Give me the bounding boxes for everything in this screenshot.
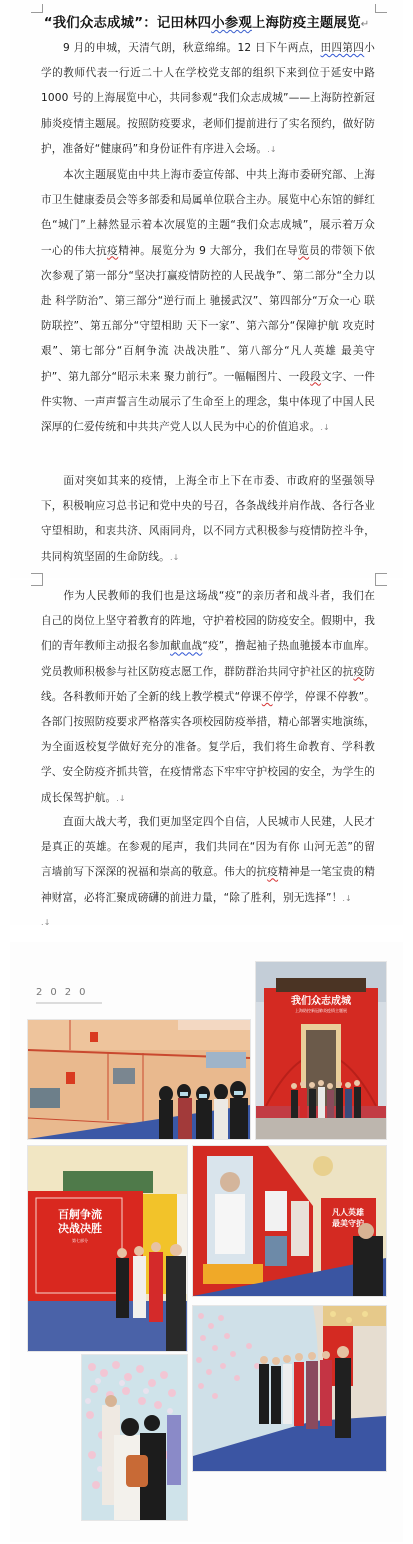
photo-message-wall-group[interactable] [192, 1305, 387, 1472]
paragraph-mark: .↓ [41, 918, 51, 927]
photo-image [193, 1306, 386, 1471]
paragraph-3[interactable]: 面对突如其来的疫情，上海全市上下在市委、市政府的坚强领导下，积极响应习总书记和党… [41, 469, 375, 570]
spelling-flag[interactable]: 段 [310, 371, 321, 383]
paragraph-1[interactable]: 9 月的申城，天清气朗，秋意绵绵。12 日下午两点，田四第四小学的教师代表一行近… [41, 36, 375, 162]
title-part-1: “我们众志成城”：记田林四 [44, 16, 212, 31]
board-subtitle: 第七部分 [72, 1237, 88, 1243]
spelling-flag[interactable]: 览 [298, 245, 309, 257]
paragraph-mark: .↓ [320, 423, 330, 432]
photo-doctor-portrait-wall[interactable]: 凡人英雄 最美守护 [192, 1145, 387, 1297]
title-part-2-flagged[interactable]: 小参观 [211, 16, 252, 31]
photo-image: 百舸争流 决战决胜 第七部分 [28, 1146, 187, 1351]
empty-paragraph[interactable]: .↓ [41, 910, 375, 935]
photo-message-wall-writing[interactable] [81, 1354, 188, 1521]
year-label: 2020 [36, 987, 93, 998]
p2-text-c: 员的带领下依次参观了第一部分“坚决打赢疫情防控的人民战争”、第二部分“全力以赴 … [41, 245, 375, 383]
board-title-line-2: 决战决胜 [58, 1221, 102, 1235]
board-title-line-1: 百舸争流 [58, 1207, 102, 1221]
spelling-flag[interactable]: 疫 [353, 666, 364, 678]
grammar-flag[interactable]: 献血战 [170, 640, 202, 652]
photo-exhibit-wall-visitors[interactable] [27, 1019, 251, 1140]
paragraph-mark: .↓ [342, 894, 352, 903]
photo-image [28, 1020, 250, 1139]
paragraph-mark: .↓ [267, 145, 277, 154]
p2-text-b: 精神。展览分为 9 大部分，我们在导 [118, 245, 298, 257]
board-title-line-1: 凡人英雄 [332, 1207, 364, 1217]
gate-sign-text: 我们众志成城 [291, 994, 352, 1007]
p1-text-b: 小学的教师代表一行近二十人在学校党支部的组织下来到位于延安中路 1000 号的上… [41, 42, 375, 155]
paragraph-mark: ↵ [361, 19, 370, 30]
paragraph-mark: .↓ [116, 794, 126, 803]
document-title[interactable]: “我们众志成城”：记田林四小参观上海防疫主题展览↵ [0, 12, 413, 31]
spelling-flag[interactable]: 不 [262, 691, 273, 703]
photo-image: 我们众志成城 上海防控新冠肺炎疫情主题展 [256, 962, 386, 1139]
spelling-flag[interactable]: 疫 [267, 866, 278, 878]
p4-text-d: 停学，停课不停教”。各部门按照防疫要求严格落实各项校园防疫举措，精心部署实地演练… [41, 691, 375, 804]
p2-text-a: 本次主题展览由中共上海市委宣传部、中共上海市委研究部、上海市卫生健康委员会等多部… [41, 169, 375, 257]
year-underline [36, 1002, 102, 1004]
photo-image: 凡人英雄 最美守护 [193, 1146, 386, 1296]
grammar-flag[interactable]: 田四第四 [321, 42, 365, 54]
p3-text: 面对突如其来的疫情，上海全市上下在市委、市政府的坚强领导下，积极响应习总书记和党… [41, 475, 375, 563]
gate-sign-subtext: 上海防控新冠肺炎疫情主题展 [295, 1007, 347, 1013]
title-part-3: 上海防疫主题展览 [252, 16, 361, 31]
crop-mark-top-right [375, 577, 387, 586]
paragraph-4[interactable]: 作为人民教师的我们也是这场战“疫”的亲历者和战斗者，我们在自己的岗位上坚守着教育… [41, 584, 375, 811]
photo-image [82, 1355, 187, 1520]
paragraph-2[interactable]: 本次主题展览由中共上海市委宣传部、中共上海市委研究部、上海市卫生健康委员会等多部… [41, 163, 375, 440]
spelling-flag[interactable]: 疫 [107, 245, 118, 257]
board-title-line-2: 最美守护 [332, 1218, 364, 1228]
photo-section-seven-board[interactable]: 百舸争流 决战决胜 第七部分 [27, 1145, 188, 1352]
paragraph-5[interactable]: 直面大战大考，我们更加坚定四个自信，人民城市人民建，人民才是真正的英雄。在参观的… [41, 810, 375, 911]
p1-text-a: 9 月的申城，天清气朗，秋意绵绵。12 日下午两点， [63, 42, 321, 54]
paragraph-mark: .↓ [170, 553, 180, 562]
photo-red-city-gate-group[interactable]: 我们众志成城 上海防控新冠肺炎疫情主题展 [255, 961, 387, 1140]
